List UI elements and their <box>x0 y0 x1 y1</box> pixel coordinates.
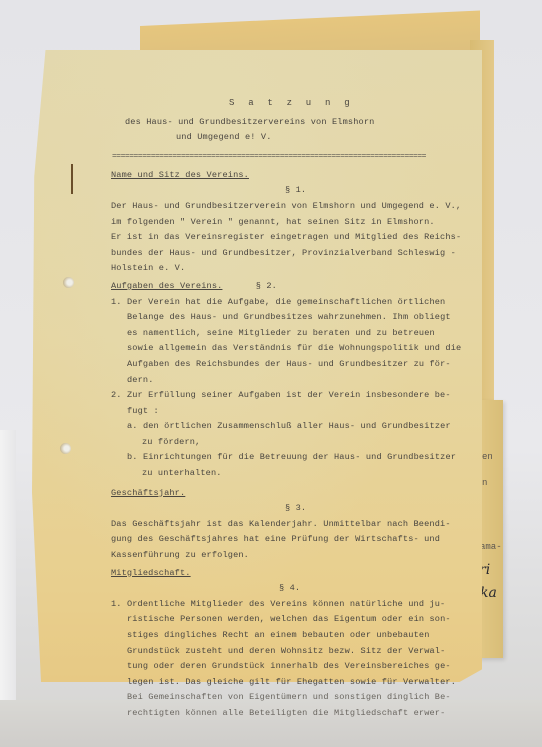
sub-list-item: a. den örtlichen Zusammenschluß aller Ha… <box>127 419 485 435</box>
item-number: 1. <box>111 297 122 307</box>
section-heading: Geschäftsjahr. <box>111 486 185 502</box>
text-line: den örtlichen Zusammenschluß aller Haus-… <box>143 421 451 431</box>
text-line: bundes der Haus- und Grundbesitzer, Prov… <box>111 246 485 262</box>
document-subtitle: und Umgegend e! V. <box>105 130 485 146</box>
sub-list-item: b. Einrichtungen für die Betreuung der H… <box>127 450 485 466</box>
text-line: sowie allgemein das Verständnis für die … <box>127 341 485 357</box>
section-heading: Mitgliedschaft. <box>111 566 191 582</box>
section-tasks: Aufgaben des Vereins. § 2. 1. Der Verein… <box>105 279 485 482</box>
text-line: Belange des Haus- und Grundbesitzes wahr… <box>127 310 485 326</box>
list-item: 1. Der Verein hat die Aufgabe, die gemei… <box>111 295 485 311</box>
punch-hole <box>63 277 74 288</box>
section-fiscal-year: Geschäftsjahr. § 3. Das Geschäftsjahr is… <box>105 486 485 564</box>
list-item: 2. Zur Erfüllung seiner Aufgaben ist der… <box>111 388 485 404</box>
paragraph-number: § 3. <box>105 501 485 517</box>
item-letter: b. <box>127 452 138 462</box>
text-line: ristische Personen werden, welchen das E… <box>127 612 485 628</box>
item-letter: a. <box>127 421 138 431</box>
text-line: gung des Geschäftsjahres hat eine Prüfun… <box>111 532 485 548</box>
text-line: es namentlich, seine Mitglieder zu berat… <box>127 326 485 342</box>
text-line: Kassenführung zu erfolgen. <box>111 548 485 564</box>
separator-rule: ========================================… <box>112 152 480 162</box>
text-line: Holstein e. V. <box>111 261 485 277</box>
text-line: Grundstück zusteht und deren Wohnsitz be… <box>127 644 485 660</box>
text-line: im folgenden " Verein " genannt, hat sei… <box>111 215 485 231</box>
text-line: Bei Gemeinschaften von Eigentümern und s… <box>127 690 485 706</box>
text-line: legen ist. Das gleiche gilt für Ehegatte… <box>127 675 485 691</box>
text-line: Ordentliche Mitglieder des Vereins könne… <box>127 599 445 609</box>
text-line: Der Verein hat die Aufgabe, die gemeinsc… <box>127 297 445 307</box>
document-text: S a t z u n g des Haus- und Grundbesitze… <box>105 96 485 722</box>
section-name-seat: Name und Sitz des Vereins. § 1. Der Haus… <box>105 168 485 277</box>
text-line: Der Haus- und Grundbesitzerverein von El… <box>111 199 485 215</box>
item-number: 2. <box>111 390 122 400</box>
text-line: stiges dingliches Recht an einem bebaute… <box>127 628 485 644</box>
section-membership: Mitgliedschaft. § 4. 1. Ordentliche Mitg… <box>105 566 485 722</box>
text-line: dern. <box>127 373 485 389</box>
section-heading: Aufgaben des Vereins. <box>111 279 222 295</box>
paragraph-number: § 4. <box>105 581 485 597</box>
text-line: Das Geschäftsjahr ist das Kalenderjahr. … <box>111 517 485 533</box>
text-line: fugt : <box>127 404 485 420</box>
punch-hole <box>60 443 71 454</box>
text-line: zu fördern, <box>142 435 485 451</box>
section-heading: Name und Sitz des Vereins. <box>111 168 249 184</box>
list-item: 1. Ordentliche Mitglieder des Vereins kö… <box>111 597 485 613</box>
text-line: rechtigten können alle Beteiligten die M… <box>127 706 485 722</box>
text-line: zu unterhalten. <box>142 466 485 482</box>
text-line: Aufgaben des Reichsbundes der Haus- und … <box>127 357 485 373</box>
item-number: 1. <box>111 599 122 609</box>
document-title: S a t z u n g <box>105 96 485 112</box>
document-subtitle: des Haus- und Grundbesitzervereins von E… <box>105 115 485 131</box>
text-line: Er ist in das Vereinsregister eingetrage… <box>111 230 485 246</box>
staple-mark <box>71 164 73 194</box>
text-line: Zur Erfüllung seiner Aufgaben ist der Ve… <box>127 390 451 400</box>
text-line: tung oder deren Grundstück innerhalb des… <box>127 659 485 675</box>
text-line: Einrichtungen für die Betreuung der Haus… <box>143 452 456 462</box>
paragraph-number: § 2. <box>228 281 277 291</box>
paragraph-number: § 1. <box>105 183 485 199</box>
cloth-edge <box>0 430 16 700</box>
